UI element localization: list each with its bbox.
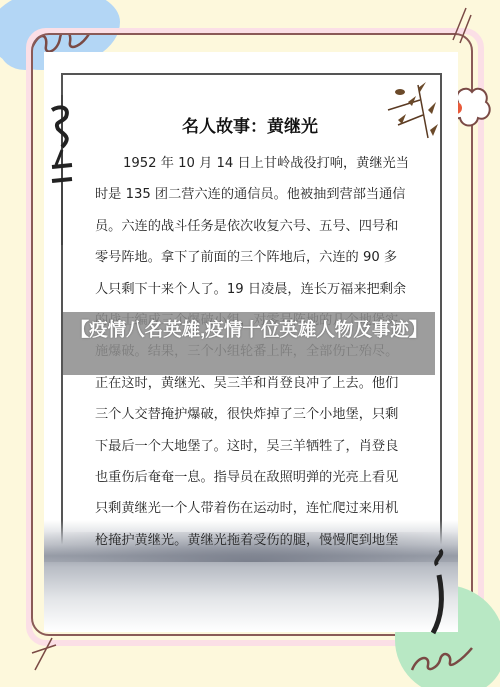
paragraph-line: 下最后一个大地堡了。这时，吴三羊牺牲了，肖登良 bbox=[95, 431, 425, 462]
document-title: 名人故事：黄继光 bbox=[0, 112, 500, 137]
paragraph-line: 也重伤后奄奄一息。指导员在敌照明弹的光亮上看见 bbox=[95, 462, 425, 493]
paragraph-line: 三个人交替掩护爆破，很快炸掉了三个小地堡，只剩 bbox=[95, 399, 425, 430]
caption-text: 【疫情八名英雄,疫情十位英雄人物及事迹】 bbox=[63, 318, 435, 342]
tick-marks-icon bbox=[448, 5, 473, 45]
paragraph-line: 人只剩下十来个人了。19 日凌晨，连长万福来把剩余 bbox=[95, 274, 425, 305]
ink-brush-stroke-icon bbox=[425, 545, 450, 635]
paragraph-line: 零号阵地。拿下了前面的三个阵地后，六连的 90 多 bbox=[95, 242, 425, 273]
paragraph-line: 枪掩护黄继光。黄继光拖着受伤的腿，慢慢爬到地堡 bbox=[95, 525, 425, 556]
paragraph-line: 只剩黄继光一个人带着伤在运动时，连忙爬过来用机 bbox=[95, 493, 425, 524]
tick-marks-icon bbox=[30, 635, 60, 675]
paragraph-line: 1952 年 10 月 14 日上甘岭战役打响，黄继光当 bbox=[95, 148, 425, 179]
curl-icon bbox=[410, 640, 475, 675]
paragraph-line: 员。六连的战斗任务是依次收复六号、五号、四号和 bbox=[95, 211, 425, 242]
paragraph-line: 时是 135 团二营六连的通信员。他被抽到营部当通信 bbox=[95, 179, 425, 210]
